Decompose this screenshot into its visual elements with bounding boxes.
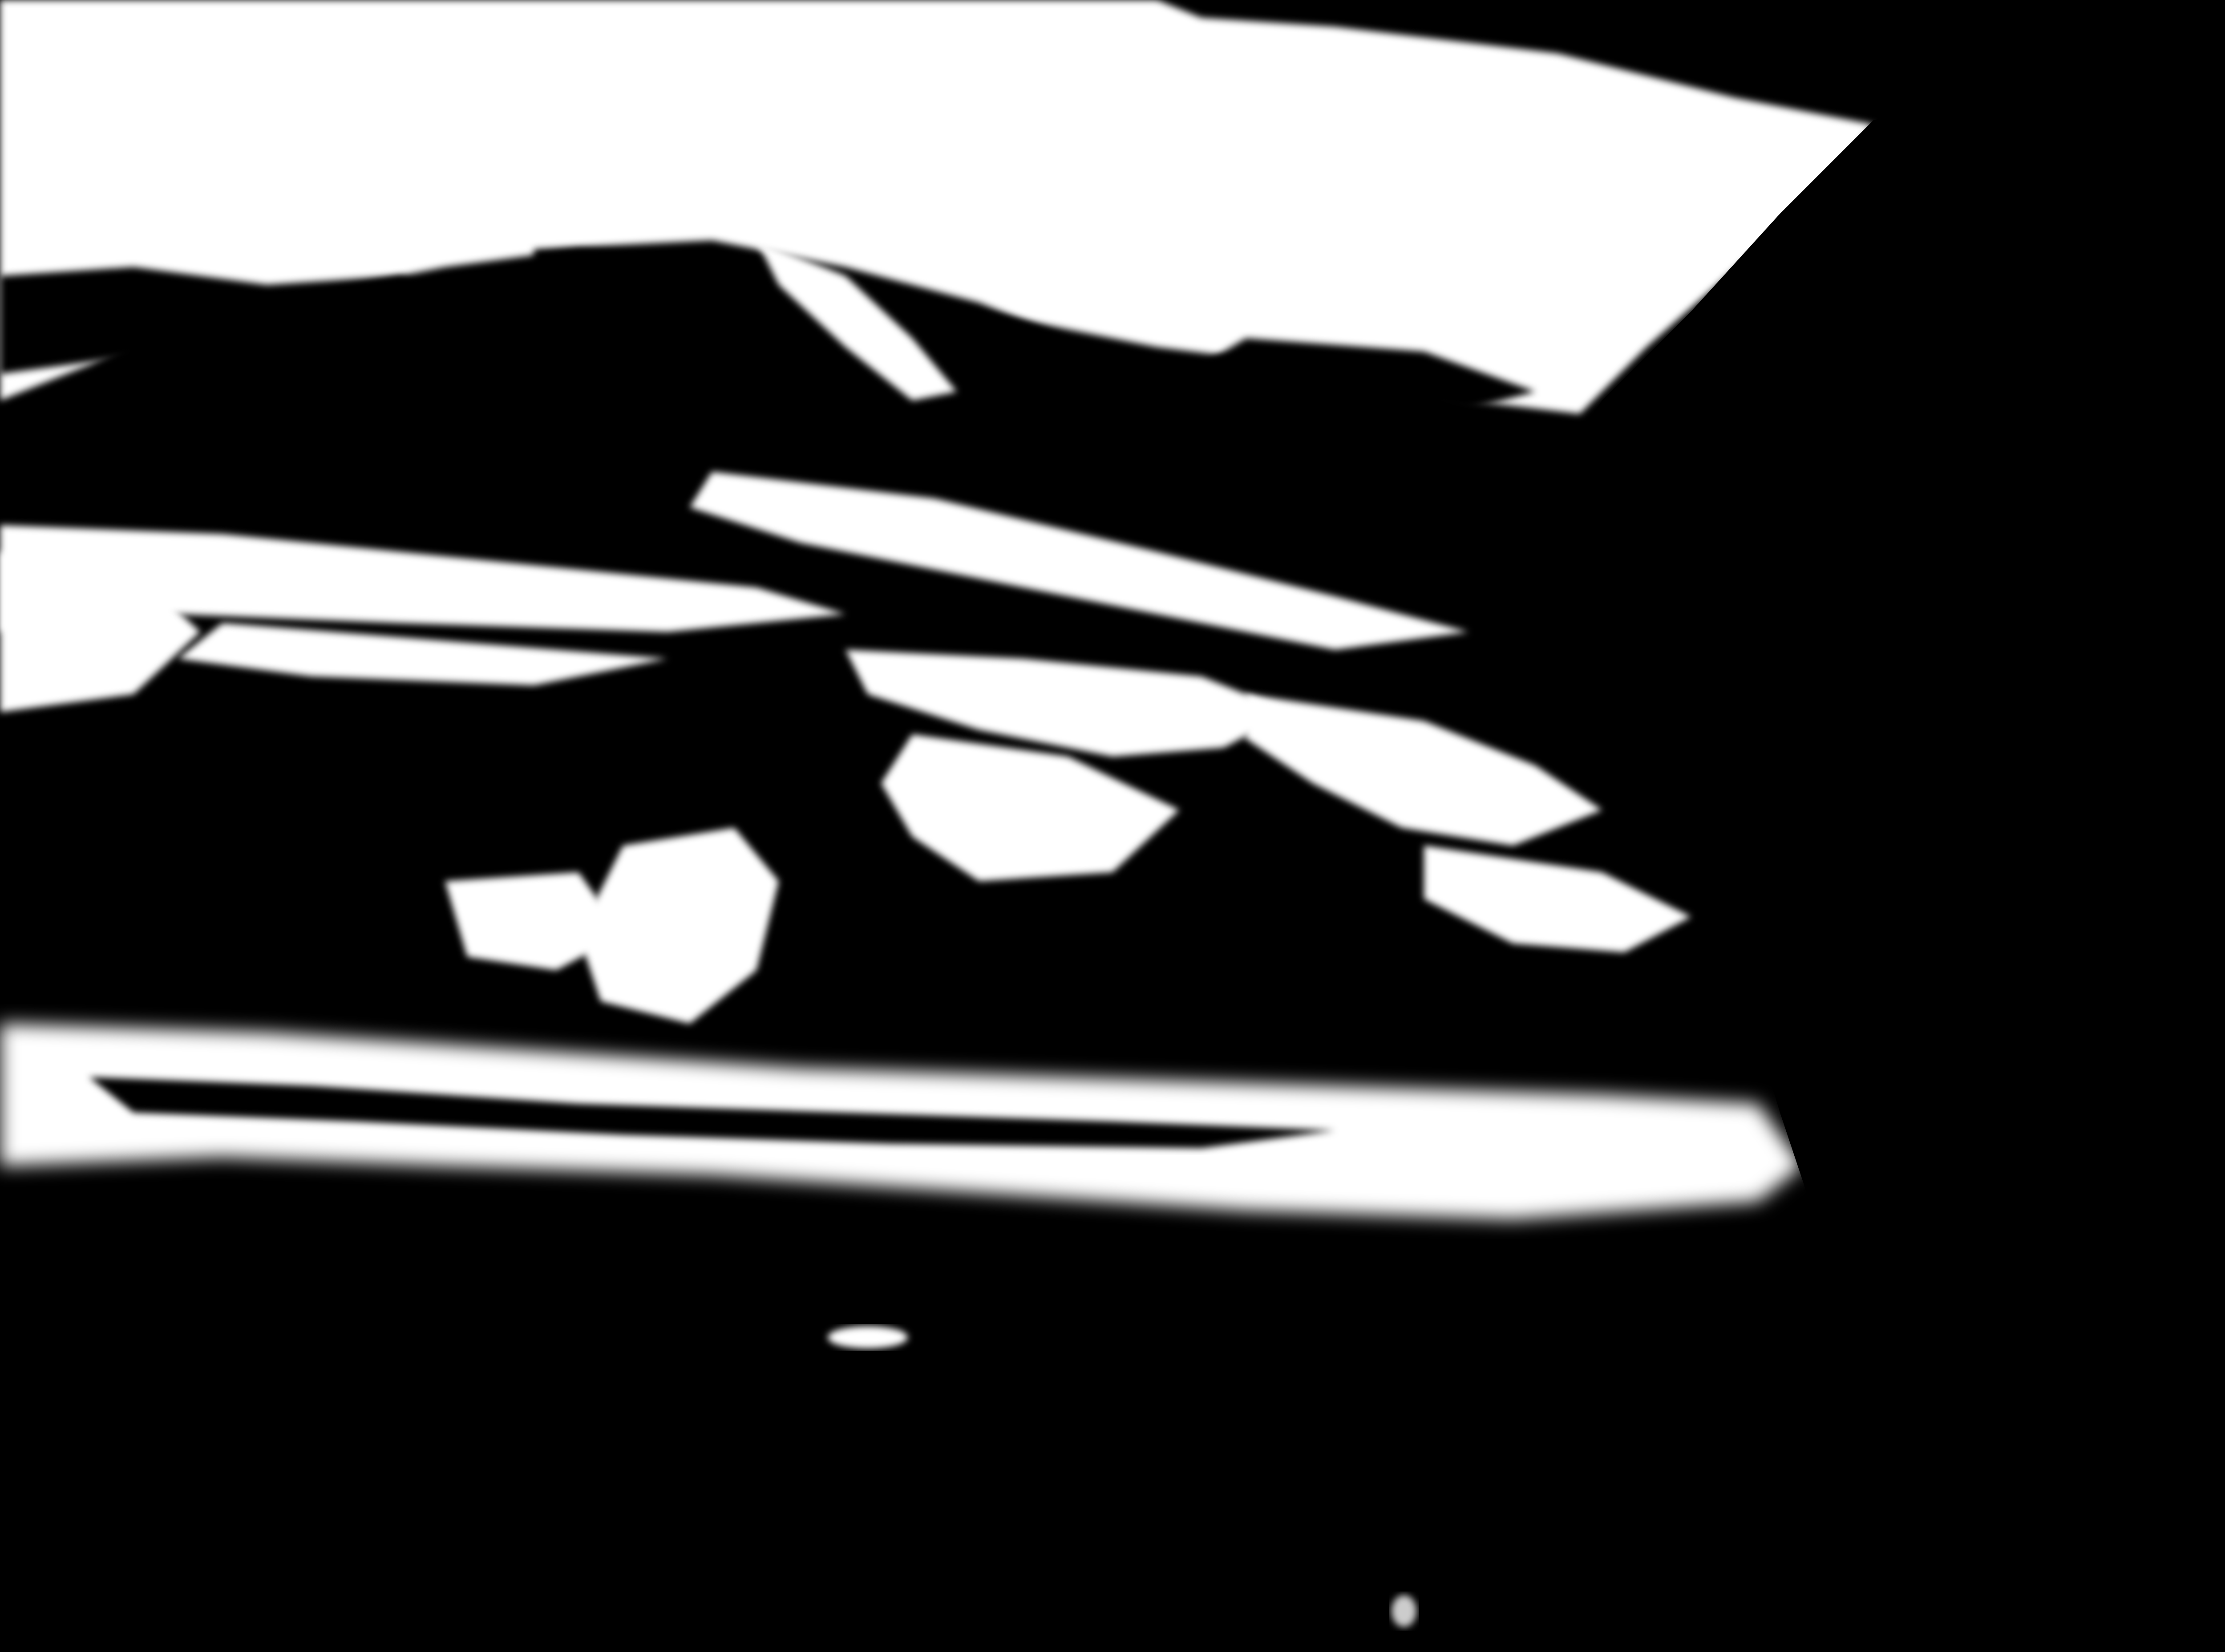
aerial-photo — [0, 0, 2225, 1652]
light-reflection — [1392, 1595, 1416, 1627]
light-reflection — [828, 1326, 908, 1348]
